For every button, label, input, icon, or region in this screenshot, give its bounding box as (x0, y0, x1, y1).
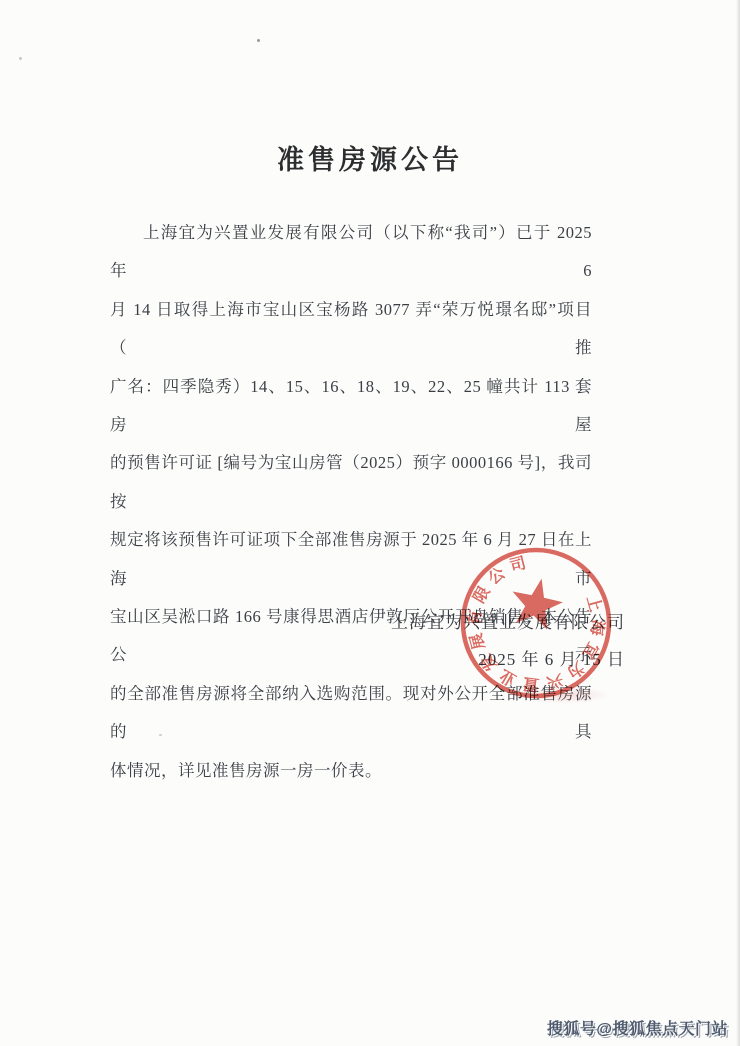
seal-ink-smudge (520, 686, 610, 704)
body-line: 规定将该预售许可证项下全部准售房源于 2025 年 6 月 27 日在上海市 (110, 521, 592, 598)
body-line: 体情况，详见准售房源一房一价表。 (110, 752, 592, 790)
scan-edge-shadow (736, 0, 740, 1046)
signature-block: 上海宜为兴置业发展有限公司 2025 年 6 月 15 日 (391, 611, 625, 672)
body-line: 月 14 日取得上海市宝山区宝杨路 3077 弄“荣万悦璟名邸”项目（推 (110, 291, 592, 368)
body-line: 广名：四季隐秀）14、15、16、18、19、22、25 幢共计 113 套房屋 (110, 368, 592, 445)
announcement-page: 准售房源公告 上海宜为兴置业发展有限公司（以下称“我司”）已于 2025 年 6… (0, 0, 740, 1046)
signature-date: 2025 年 6 月 15 日 (391, 648, 625, 672)
body-line: 上海宜为兴置业发展有限公司（以下称“我司”）已于 2025 年 6 (110, 214, 592, 291)
watermark-sohu: 搜狐号@搜狐焦点天门站 (547, 1016, 728, 1039)
body-line: 的预售许可证 [编号为宝山房管（2025）预字 0000166 号]，我司按 (110, 444, 592, 521)
document-title: 准售房源公告 (0, 138, 740, 177)
scan-speck (159, 734, 162, 736)
signature-company: 上海宜为兴置业发展有限公司 (391, 611, 625, 635)
scan-speck (19, 57, 22, 60)
scan-speck (257, 39, 260, 42)
